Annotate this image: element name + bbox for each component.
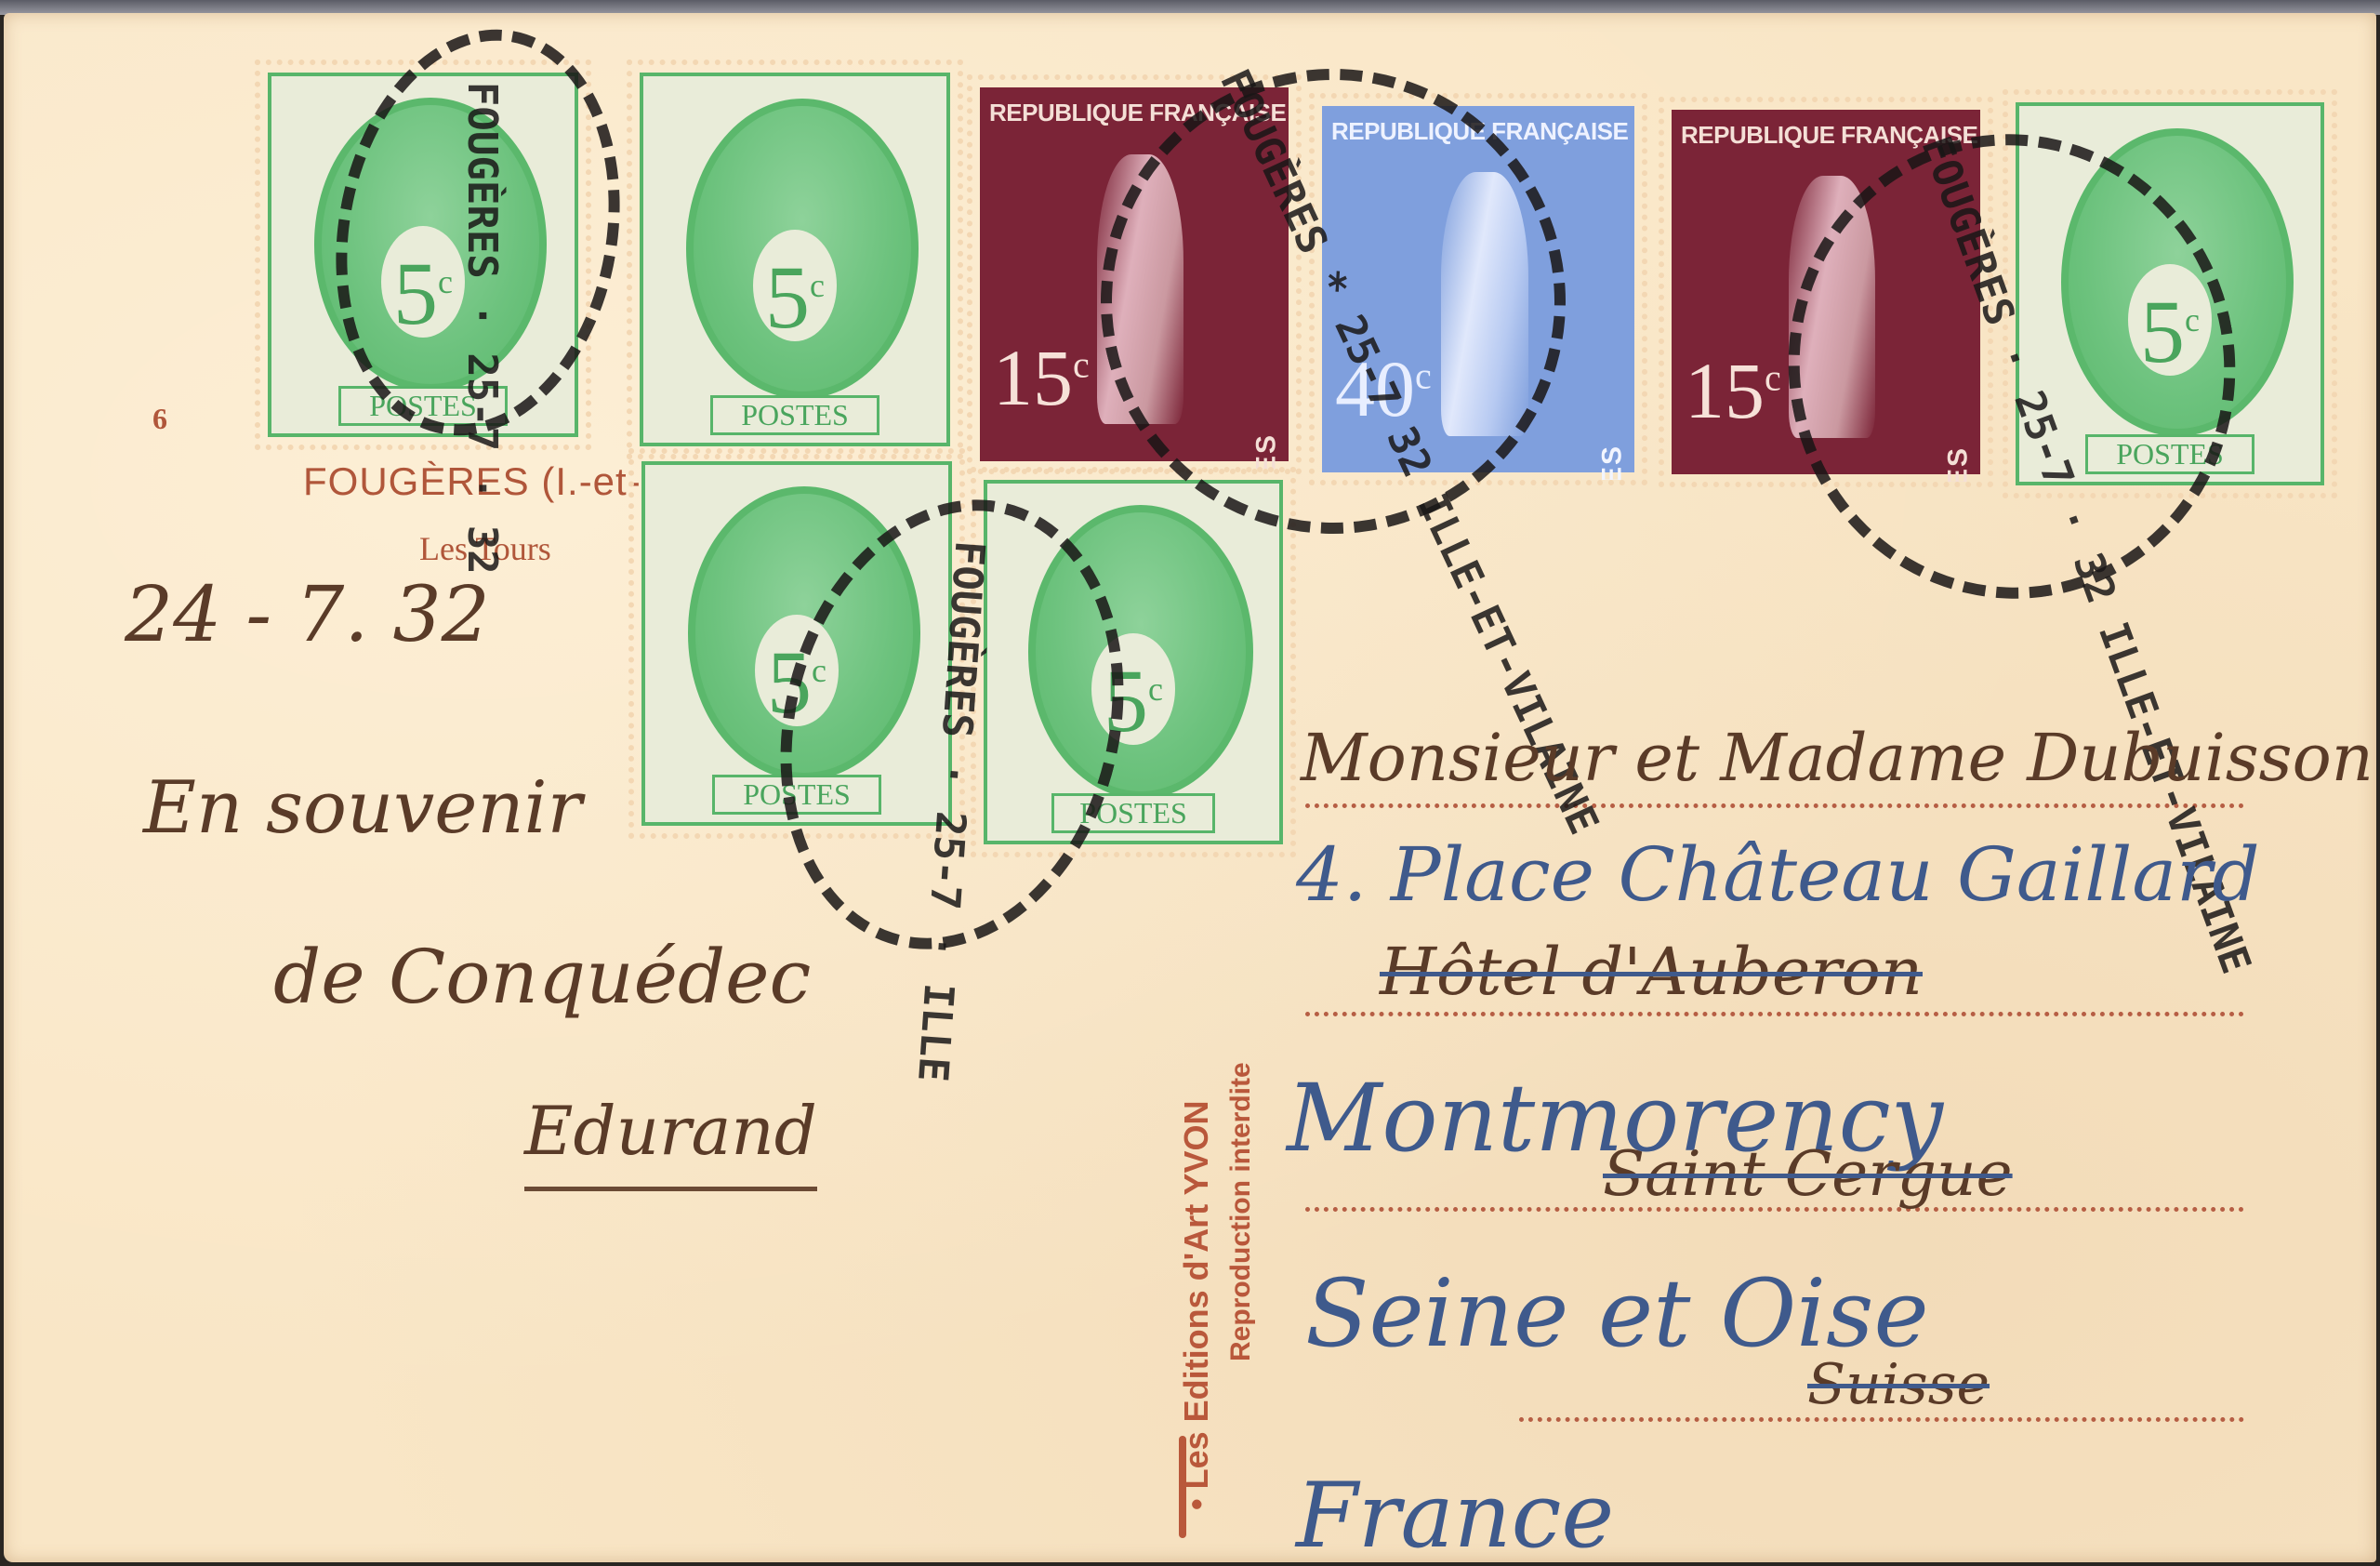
- address-crossed-hotel: Hôtel d'Auberon: [1380, 934, 1923, 1010]
- message-line-1: En souvenir: [143, 766, 582, 850]
- postcard-back: 6 FOUGÈRES (I.-et-V.) Les Tours • Les Ed…: [4, 13, 2376, 1562]
- message-line-2: de Conquédec: [273, 934, 811, 1020]
- address-line: [1305, 1012, 2244, 1016]
- address-line: [1305, 803, 2244, 808]
- publisher-imprint: • Les Editions d'Art YVON Reproduction i…: [1177, 1062, 1257, 1510]
- stamp-5c-green: 5c POSTES: [627, 60, 963, 459]
- address-street: 4. Place Château Gaillard: [1296, 831, 2260, 918]
- address-country: France: [1296, 1464, 1614, 1566]
- address-line: [1519, 1417, 2244, 1422]
- reproduction-line: Reproduction interdite: [1225, 1062, 1257, 1510]
- address-crossed-suisse: Suisse: [1807, 1352, 1990, 1417]
- card-number: 6: [152, 402, 167, 436]
- signature: Edurand: [524, 1092, 817, 1191]
- divider-bar: [1179, 1436, 1186, 1538]
- address-recipient: Monsieur et Madame Dubuisson: [1301, 720, 2373, 796]
- message-date: 24 - 7. 32: [125, 571, 490, 659]
- address-crossed-saint-cergue: Saint Cergue: [1603, 1138, 2013, 1210]
